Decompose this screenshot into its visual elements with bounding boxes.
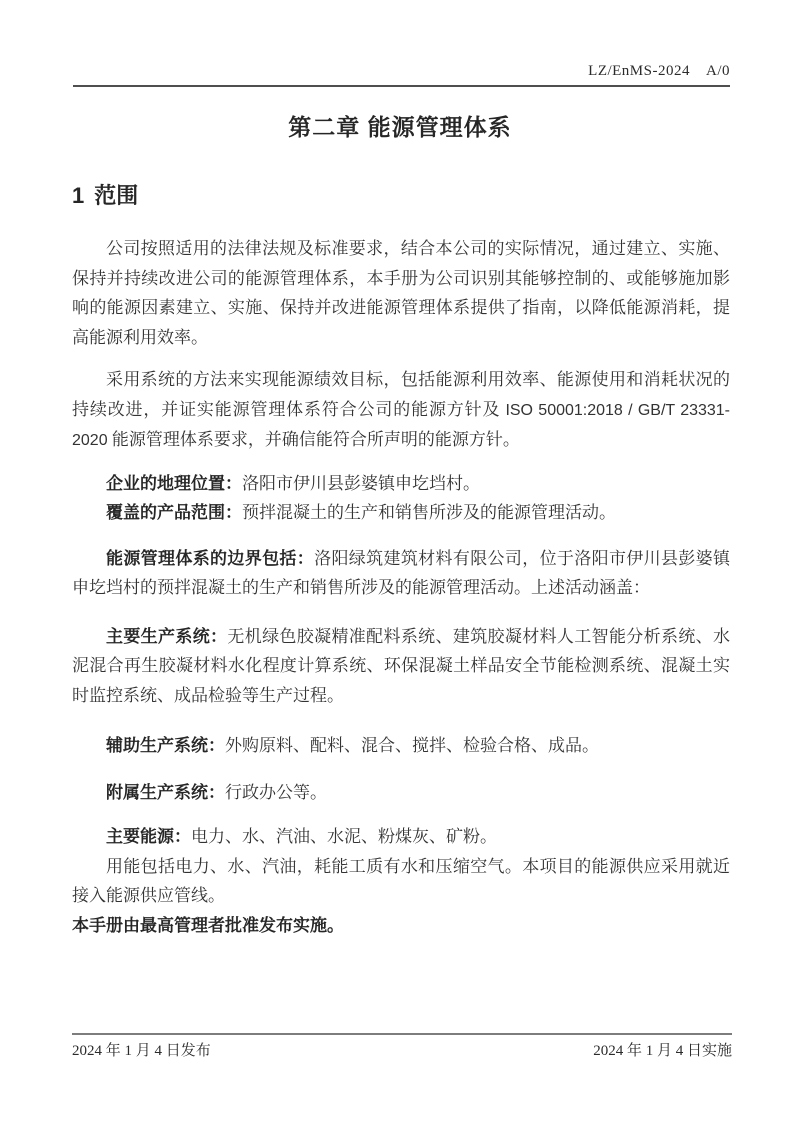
paragraph-scope-intro: 公司按照适用的法律法规及标准要求，结合本公司的实际情况，通过建立、实施、保持并持…	[72, 234, 730, 352]
item-text: 预拌混凝土的生产和销售所涉及的能源管理活动。	[242, 503, 616, 522]
section-title: 范围	[94, 183, 138, 208]
item-label: 主要生产系统：	[106, 627, 227, 646]
header-rule	[73, 85, 730, 87]
section-number: 1	[72, 183, 84, 208]
page-header: LZ/EnMS-2024A/0	[73, 63, 730, 80]
item-label: 企业的地理位置：	[106, 474, 242, 493]
item-product-scope: 覆盖的产品范围：预拌混凝土的生产和销售所涉及的能源管理活动。	[72, 498, 730, 528]
item-main-energy-sources: 主要能源：电力、水、汽油、水泥、粉煤灰、矿粉。	[72, 822, 730, 852]
item-main-production-system: 主要生产系统：无机绿色胶凝精准配料系统、建筑胶凝材料人工智能分析系统、水泥混合再…	[72, 622, 730, 711]
paragraph-systematic-method: 采用系统的方法来实现能源绩效目标，包括能源利用效率、能源使用和消耗状况的持续改进…	[72, 365, 730, 456]
item-text: 电力、水、汽油、水泥、粉煤灰、矿粉。	[191, 827, 497, 846]
footer-implement-date: 2024 年 1 月 4 日实施	[593, 1039, 732, 1060]
document-page: LZ/EnMS-2024A/0 第二章 能源管理体系 1范围 公司按照适用的法律…	[0, 0, 800, 1130]
item-label: 覆盖的产品范围：	[106, 503, 242, 522]
doc-revision: A/0	[706, 63, 730, 79]
paragraph-text-after-standard: 能源管理体系要求，并确信能符合所声明的能源方针。	[108, 430, 520, 449]
document-body: 公司按照适用的法律法规及标准要求，结合本公司的实际情况，通过建立、实施、保持并持…	[72, 234, 730, 940]
item-system-boundary: 能源管理体系的边界包括：洛阳绿筑建筑材料有限公司，位于洛阳市伊川县彭婆镇申圪垱村…	[72, 544, 730, 603]
item-label: 主要能源：	[106, 827, 191, 846]
page-footer: 2024 年 1 月 4 日发布 2024 年 1 月 4 日实施	[72, 1039, 732, 1060]
item-label: 能源管理体系的边界包括：	[106, 549, 314, 568]
footer-rule	[72, 1033, 732, 1035]
paragraph-energy-use: 用能包括电力、水、汽油，耗能工质有水和压缩空气。本项目的能源供应采用就近接入能源…	[72, 852, 730, 911]
doc-code: LZ/EnMS-2024	[588, 63, 690, 79]
section-heading: 1范围	[72, 179, 138, 210]
footer-release-date: 2024 年 1 月 4 日发布	[72, 1039, 211, 1060]
item-label: 辅助生产系统：	[106, 736, 225, 755]
item-label: 附属生产系统：	[106, 783, 225, 802]
item-auxiliary-production-system: 辅助生产系统：外购原料、配料、混合、搅拌、检验合格、成品。	[72, 731, 730, 761]
item-text: 洛阳市伊川县彭婆镇申圪垱村。	[242, 474, 480, 493]
closing-statement: 本手册由最高管理者批准发布实施。	[72, 911, 730, 941]
chapter-title: 第二章 能源管理体系	[0, 109, 800, 142]
item-affiliated-production-system: 附属生产系统：行政办公等。	[72, 778, 730, 808]
item-text: 外购原料、配料、混合、搅拌、检验合格、成品。	[225, 736, 599, 755]
item-text: 行政办公等。	[225, 783, 327, 802]
item-geographic-location: 企业的地理位置：洛阳市伊川县彭婆镇申圪垱村。	[72, 469, 730, 499]
